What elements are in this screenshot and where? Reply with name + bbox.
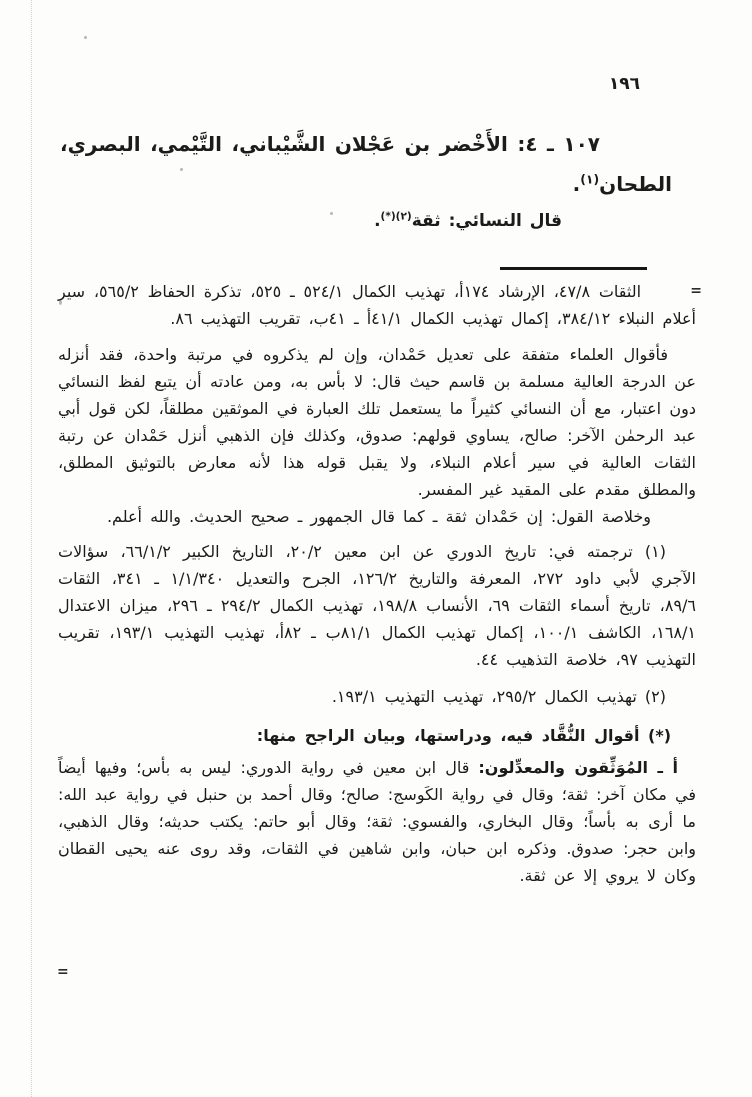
footnote-2-paragraph: (٢) تهذيب الكمال ٢٩٥/٢، تهذيب التهذيب ١٩…	[58, 683, 696, 710]
authenticators-label: أ ـ المُوَثِّقون والمعدِّلون:	[478, 758, 678, 777]
scan-artifact-dot	[330, 212, 333, 215]
heading-footnote-ref: (١)	[580, 171, 599, 186]
footnote-1-paragraph: (١) ترجمته في: تاريخ الدوري عن ابن معين …	[58, 538, 696, 673]
continuation-marker-bottom: =	[57, 964, 69, 980]
scanned-page: ١٩٦ ١٠٧ ـ ٤: الأَخْضر بن عَجْلان الشَّيْ…	[0, 0, 752, 1097]
scan-artifact-line	[31, 0, 32, 1097]
statement-footnote-refs: (٢)(*)	[381, 210, 412, 222]
footnotes-block: الثقات ٤٧/٨، الإرشاد ١٧٤أ، تهذيب الكمال …	[58, 278, 696, 889]
footnote-separator-rule	[500, 267, 647, 270]
critics-section-heading: (*) أقوال النُّقَّاد فيه، ودراستها، وبيا…	[58, 722, 696, 749]
authenticators-text: قال ابن معين في رواية الدوري: ليس به بأس…	[58, 758, 696, 885]
scan-artifact-dot	[84, 36, 87, 39]
nasai-statement: قال النسائي: ثقة(٢)(*).	[374, 211, 562, 231]
nasai-statement-text: قال النسائي: ثقة	[412, 211, 562, 231]
discussion-paragraph-2: وخلاصة القول: إن حَمْدان ثقة ـ كما قال ا…	[58, 503, 696, 530]
page-number: ١٩٦	[609, 74, 640, 94]
authenticators-paragraph: أ ـ المُوَثِّقون والمعدِّلون: قال ابن مع…	[58, 754, 696, 889]
continued-sources-paragraph: الثقات ٤٧/٨، الإرشاد ١٧٤أ، تهذيب الكمال …	[58, 278, 696, 332]
discussion-paragraph-1: فأقوال العلماء متفقة على تعديل حَمْدان، …	[58, 341, 696, 503]
entry-heading: ١٠٧ ـ ٤: الأَخْضر بن عَجْلان الشَّيْباني…	[60, 124, 672, 204]
